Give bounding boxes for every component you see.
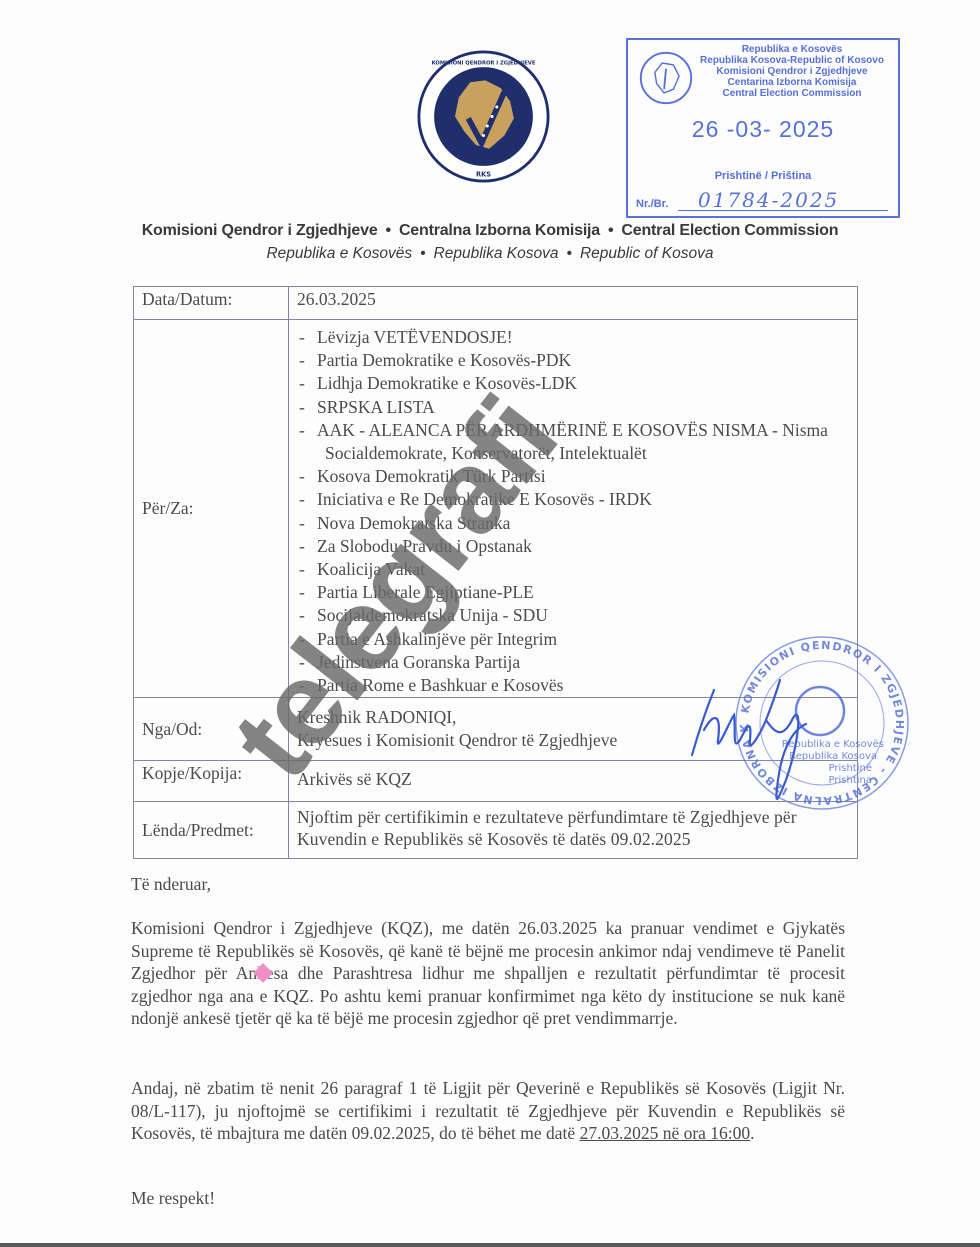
stamp-seal-icon <box>638 50 694 106</box>
list-item: Jedinstvena Goranska Partija <box>297 651 849 674</box>
list-item: Kosova Demokratik Türk Partisi <box>297 465 849 488</box>
stamp-header-lines: Republika e Kosovës Republika Kosova-Rep… <box>690 44 894 99</box>
sender-title: Kryesues i Komisionit Qendror të Zgjedhj… <box>297 729 849 752</box>
table-row-date: Data/Datum: 26.03.2025 <box>134 287 858 320</box>
list-item: Lëvizja VETËVENDOSJE! <box>297 326 849 349</box>
body-paragraph-1: Komisioni Qendror i Zgjedhjeve (KQZ), me… <box>131 917 845 1030</box>
svg-text:KOMISIONI QENDROR I ZGJEDHJEVE: KOMISIONI QENDROR I ZGJEDHJEVE <box>432 60 536 66</box>
kqz-emblem-icon: RKS KOMISIONI QENDROR I ZGJEDHJEVE <box>417 50 550 183</box>
list-item: Partia Demokratike e Kosovës-PDK <box>297 349 849 372</box>
recipient-list: Lëvizja VETËVENDOSJE! Partia Demokratike… <box>297 326 849 697</box>
republic-names: Republika e Kosovës•Republika Kosova•Rep… <box>0 245 980 263</box>
recipients-cell: Lëvizja VETËVENDOSJE! Partia Demokratike… <box>289 320 858 698</box>
svg-text:RKS: RKS <box>476 170 491 178</box>
subject-label: Lënda/Predmet: <box>134 802 289 859</box>
from-cell: Kreshnik RADONIQI, Kryesues i Komisionit… <box>289 698 858 761</box>
list-item: Za Slobodu Pravdu i Opstanak <box>297 535 849 558</box>
stamp-city: Prishtinë / Priština <box>628 170 898 182</box>
list-item: SRPSKA LISTA <box>297 396 849 419</box>
stamp-nr-label: Nr./Br. <box>636 198 668 210</box>
stamp-date: 26 -03- 2025 <box>628 116 898 143</box>
list-item: Socijaldemokratska Unija - SDU <box>297 604 849 627</box>
letter-metadata-table: Data/Datum: 26.03.2025 Për/Za: Lëvizja V… <box>133 286 858 859</box>
table-row-copy: Kopje/Kopija: Arkivës së KQZ <box>134 761 858 802</box>
list-item: Partia e Ashkalinjëve për Integrim <box>297 628 849 651</box>
table-row-recipients: Për/Za: Lëvizja VETËVENDOSJE! Partia Dem… <box>134 320 858 698</box>
copy-label: Kopje/Kopija: <box>134 761 289 802</box>
recipients-label: Për/Za: <box>134 320 289 698</box>
sender-name: Kreshnik RADONIQI, <box>297 706 849 729</box>
table-row-subject: Lënda/Predmet: Njoftim për certifikimin … <box>134 802 858 859</box>
list-item: Koalicija Vakat <box>297 558 849 581</box>
list-item: Nova Demokratska Stranka <box>297 512 849 535</box>
page-bottom-border <box>0 1243 980 1247</box>
copy-value: Arkivës së KQZ <box>289 761 858 802</box>
date-label: Data/Datum: <box>134 287 289 320</box>
certification-datetime: 27.03.2025 në ora 16:00 <box>580 1123 751 1143</box>
list-item: Iniciativa e Re Demokratike E Kosovës - … <box>297 488 849 511</box>
from-label: Nga/Od: <box>134 698 289 761</box>
salutation: Të nderuar, <box>131 874 211 895</box>
list-item: Partia Liberale Egjiptiane-PLE <box>297 581 849 604</box>
list-item: Lidhja Demokratike e Kosovës-LDK <box>297 372 849 395</box>
organization-names: Komisioni Qendror i Zgjedhjeve•Centralna… <box>0 222 980 240</box>
date-value: 26.03.2025 <box>289 287 858 320</box>
closing: Me respekt! <box>131 1188 215 1209</box>
list-item: Partia Rome e Bashkuar e Kosovës <box>297 674 849 697</box>
subject-value: Njoftim për certifikimin e rezultateve p… <box>289 802 858 859</box>
table-row-from: Nga/Od: Kreshnik RADONIQI, Kryesues i Ko… <box>134 698 858 761</box>
list-item: AAK - ALEANCA PËR ARDHMËRINË E KOSOVËS N… <box>297 419 849 465</box>
body-paragraph-2: Andaj, në zbatim të nenit 26 paragraf 1 … <box>131 1077 845 1145</box>
registration-stamp: Republika e Kosovës Republika Kosova-Rep… <box>626 38 900 218</box>
stamp-nr-value: 01784-2025 <box>698 188 839 212</box>
